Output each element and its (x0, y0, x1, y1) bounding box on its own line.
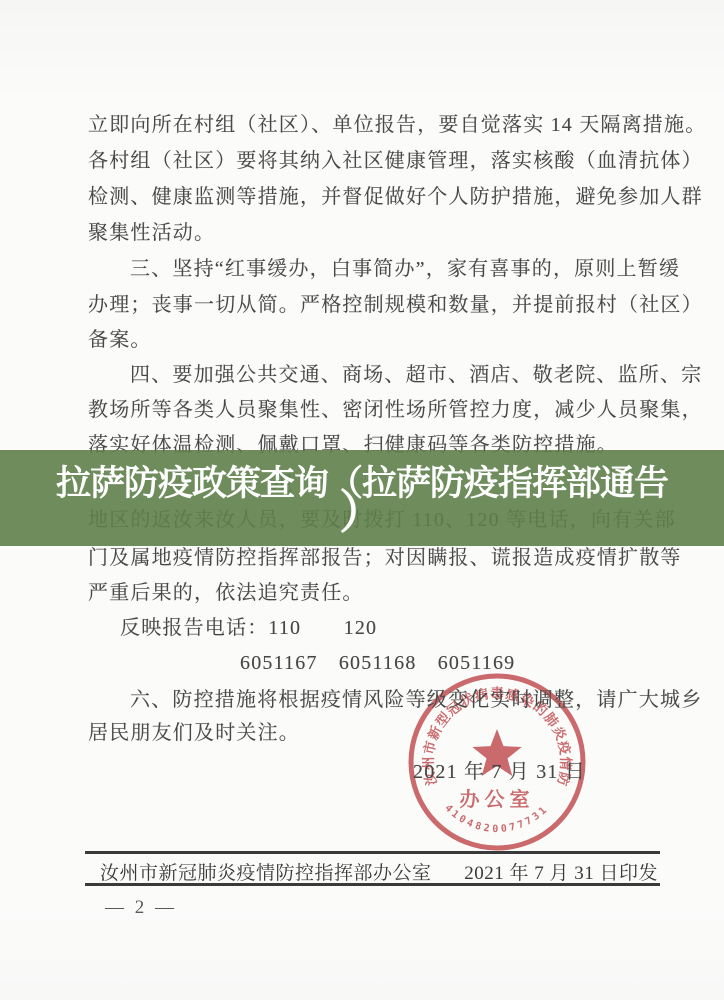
document-line: 检测、健康监测等措施，并督促做好个人防护措施，避免参加人群 (88, 180, 703, 209)
scanned-notice-page: 立即向所在村组（社区）、单位报告，要自觉落实 14 天隔离措施。 各村组（社区）… (0, 0, 724, 1000)
document-line: 教场所等各类人员聚集性、密闭性场所管控力度，减少人员聚集， (88, 393, 703, 422)
document-line: 各村组（社区）要将其纳入社区健康管理，落实核酸（血清抗体） (88, 144, 703, 173)
article-title-closing-paren: ） (0, 482, 724, 542)
footer-rule-top (85, 851, 660, 854)
document-line: 聚集性活动。 (88, 216, 215, 245)
hotline-numbers-line: 6051167 6051168 6051169 (240, 646, 515, 675)
seal-office-label: 办公室 (460, 787, 535, 811)
footer-print-date: 2021 年 7 月 31 日印发 (464, 858, 658, 885)
document-line: 办理；丧事一切从简。严格控制规模和数量，并提前报村（社区） (88, 288, 703, 317)
footer-rule-bottom (85, 883, 660, 886)
document-line: 立即向所在村组（社区）、单位报告，要自觉落实 14 天隔离措施。 (88, 108, 706, 137)
document-line: 居民朋友们及时关注。 (88, 716, 300, 745)
document-line: 严重后果的，依法追究责任。 (88, 576, 364, 605)
report-phone-line: 反映报告电话：110 120 (120, 611, 377, 640)
notice-date-line: 2021 年 7 月 31 日 (413, 755, 586, 784)
document-line: 六、防控措施将根据疫情风险等级变化实时调整，请广大城乡 (130, 683, 702, 712)
document-line: 三、坚持“红事缓办，白事简办”，家有喜事的，原则上暂缓 (130, 252, 680, 281)
footer-issuer: 汝州市新冠肺炎疫情防控指挥部办公室 (100, 858, 432, 885)
document-line: 备案。 (88, 323, 152, 352)
article-title-banner: 拉萨防疫政策查询（拉萨防疫指挥部通告 ） (0, 450, 724, 546)
document-line: 四、要加强公共交通、商场、超市、酒店、敬老院、监所、宗 (130, 358, 702, 387)
page-number: — 2 — (105, 897, 177, 919)
